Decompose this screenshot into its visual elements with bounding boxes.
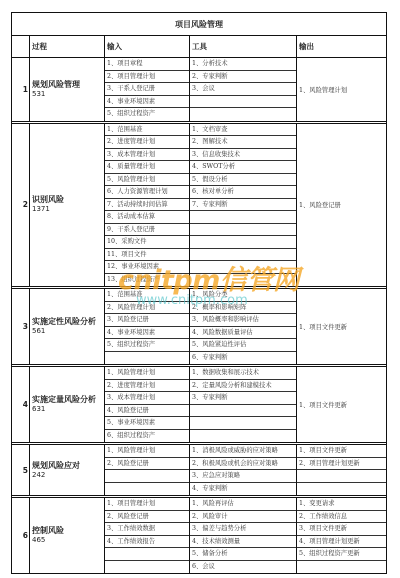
- process-cell: 实施定量风险分析631: [30, 367, 105, 442]
- tool-item: 2、风险审计: [190, 511, 296, 524]
- tool-item: 1、数据收集和展示技术: [190, 367, 296, 380]
- tool-item: [190, 108, 296, 121]
- tool-item: [190, 236, 296, 249]
- input-item: 6、人力资源管理计划: [105, 186, 189, 199]
- tool-item: 1、消极风险或威胁的应对策略: [190, 445, 296, 458]
- tool-item: 4、风险数据质量评估: [190, 327, 296, 340]
- process-name: 规划风险管理: [32, 80, 104, 90]
- output-item: 1、变更请求: [297, 498, 386, 511]
- process-section: 5规划风险应对2421、风险管理计划2、风险登记册1、消极风险或威胁的应对策略2…: [12, 445, 386, 498]
- input-column: 1、项目章程2、项目管理计划3、干系人登记册4、事业环境因素5、组织过程资产: [105, 58, 190, 121]
- header-tool: 工具: [190, 36, 297, 57]
- output-item: 1、风险登记册: [297, 124, 386, 287]
- process-number: 3: [12, 289, 30, 364]
- process-code: 561: [32, 327, 104, 336]
- output-column: 1、项目文件更新: [297, 289, 386, 364]
- tool-column: 1、风险再评估2、风险审计3、偏差与趋势分析4、技术绩效测量5、储备分析6、会议: [190, 498, 297, 573]
- input-item: 1、范围基准: [105, 124, 189, 137]
- input-item: 1、项目管理计划: [105, 498, 189, 511]
- output-item: [297, 470, 386, 483]
- tool-column: 1、数据收集和展示技术2、定量风险分析和建模技术3、专家判断: [190, 367, 297, 442]
- process-code: 465: [32, 536, 104, 545]
- input-column: 1、范围基准2、风险管理计划3、风险登记册4、事业环境因素5、组织过程资产: [105, 289, 190, 364]
- tool-item: 2、定量风险分析和建模技术: [190, 380, 296, 393]
- input-item: 3、工作绩效数据: [105, 523, 189, 536]
- tool-item: 3、专家判断: [190, 392, 296, 405]
- input-item: 2、风险登记册: [105, 458, 189, 471]
- tool-item: 5、储备分析: [190, 548, 296, 561]
- tool-item: [190, 96, 296, 109]
- input-item: 10、采购文件: [105, 236, 189, 249]
- input-item: 4、事业环境因素: [105, 327, 189, 340]
- output-item: 5、组织过程资产更新: [297, 548, 386, 561]
- input-item: 4、事业环境因素: [105, 96, 189, 109]
- tool-item: 7、专家判断: [190, 199, 296, 212]
- tool-item: [190, 430, 296, 443]
- process-cell: 识别风险1371: [30, 124, 105, 287]
- input-item: 7、活动持续时间估算: [105, 199, 189, 212]
- tool-column: 1、风险分类2、概率和影响矩阵3、风险概率和影响评估4、风险数据质量评估5、风险…: [190, 289, 297, 364]
- risk-management-table: 项目风险管理 过程 输入 工具 输出 1规划风险管理5311、项目章程2、项目管…: [11, 12, 387, 574]
- input-item: 2、风险登记册: [105, 511, 189, 524]
- tool-item: 3、会议: [190, 83, 296, 96]
- tool-item: 4、SWOT分析: [190, 161, 296, 174]
- output-item: 1、项目文件更新: [297, 445, 386, 458]
- tool-column: 1、分析技术2、专家判断3、会议: [190, 58, 297, 121]
- header-output: 输出: [297, 36, 386, 57]
- process-code: 242: [32, 471, 104, 480]
- process-section: 4实施定量风险分析6311、风险管理计划2、进度管理计划3、成本管理计划4、风险…: [12, 367, 386, 445]
- tool-item: 3、风险概率和影响评估: [190, 314, 296, 327]
- tool-item: 4、技术绩效测量: [190, 536, 296, 549]
- process-name: 识别风险: [32, 195, 104, 205]
- output-column: 1、变更请求2、工作绩效信息3、项目文件更新4、项目管理计划更新5、组织过程资产…: [297, 498, 386, 573]
- process-section: 6控制风险4651、项目管理计划2、风险登记册3、工作绩效数据4、工作绩效报告1…: [12, 498, 386, 573]
- input-item: 2、项目管理计划: [105, 71, 189, 84]
- input-item: 1、范围基准: [105, 289, 189, 302]
- output-column: 1、项目文件更新2、项目管理计划更新: [297, 445, 386, 495]
- input-column: 1、风险管理计划2、进度管理计划3、成本管理计划4、风险登记册5、事业环境因素6…: [105, 367, 190, 442]
- process-number: 2: [12, 124, 30, 287]
- process-name: 实施定性风险分析: [32, 317, 104, 327]
- tool-column: 1、消极风险或威胁的应对策略2、积极风险或机会的应对策略3、应急应对策略4、专家…: [190, 445, 297, 495]
- tool-item: 2、专家判断: [190, 71, 296, 84]
- input-column: 1、范围基准2、进度管理计划3、成本管理计划4、质量管理计划5、风险管理计划6、…: [105, 124, 190, 287]
- process-section: 3实施定性风险分析5611、范围基准2、风险管理计划3、风险登记册4、事业环境因…: [12, 289, 386, 367]
- input-item: 5、组织过程资产: [105, 339, 189, 352]
- input-item: [105, 548, 189, 561]
- tool-item: 6、核对单分析: [190, 186, 296, 199]
- output-item: [297, 483, 386, 496]
- output-column: 1、风险登记册: [297, 124, 386, 287]
- process-section: 2识别风险13711、范围基准2、进度管理计划3、成本管理计划4、质量管理计划5…: [12, 124, 386, 290]
- tool-item: 2、积极风险或机会的应对策略: [190, 458, 296, 471]
- output-item: 4、项目管理计划更新: [297, 536, 386, 549]
- output-column: 1、项目文件更新: [297, 367, 386, 442]
- input-item: 3、成本管理计划: [105, 149, 189, 162]
- input-item: 2、风险管理计划: [105, 302, 189, 315]
- process-name: 控制风险: [32, 526, 104, 536]
- tool-item: 2、概率和影响矩阵: [190, 302, 296, 315]
- input-item: 2、进度管理计划: [105, 136, 189, 149]
- process-section: 1规划风险管理5311、项目章程2、项目管理计划3、干系人登记册4、事业环境因素…: [12, 58, 386, 124]
- input-item: 12、事业环境因素: [105, 261, 189, 274]
- input-column: 1、风险管理计划2、风险登记册: [105, 445, 190, 495]
- input-item: 4、质量管理计划: [105, 161, 189, 174]
- header-input: 输入: [105, 36, 190, 57]
- tool-item: [190, 417, 296, 430]
- tool-item: [190, 405, 296, 418]
- header-process: 过程: [30, 36, 105, 57]
- input-item: 5、事业环境因素: [105, 417, 189, 430]
- header-number: [12, 36, 30, 57]
- tool-item: 3、应急应对策略: [190, 470, 296, 483]
- process-code: 531: [32, 90, 104, 99]
- input-item: 6、组织过程资产: [105, 430, 189, 443]
- process-number: 1: [12, 58, 30, 121]
- process-name: 实施定量风险分析: [32, 395, 104, 405]
- input-item: [105, 352, 189, 365]
- input-item: 11、项目文件: [105, 249, 189, 262]
- output-item: 2、项目管理计划更新: [297, 458, 386, 471]
- output-item: 1、项目文件更新: [297, 367, 386, 442]
- process-number: 4: [12, 367, 30, 442]
- input-item: 5、组织过程资产: [105, 108, 189, 121]
- tool-item: 2、图解技术: [190, 136, 296, 149]
- input-item: 1、项目章程: [105, 58, 189, 71]
- tool-item: 6、专家判断: [190, 352, 296, 365]
- input-item: 1、风险管理计划: [105, 445, 189, 458]
- process-number: 6: [12, 498, 30, 573]
- tool-item: [190, 249, 296, 262]
- process-cell: 规划风险管理531: [30, 58, 105, 121]
- input-item: 3、干系人登记册: [105, 83, 189, 96]
- process-code: 631: [32, 405, 104, 414]
- output-item: 1、项目文件更新: [297, 289, 386, 364]
- input-column: 1、项目管理计划2、风险登记册3、工作绩效数据4、工作绩效报告: [105, 498, 190, 573]
- input-item: 13、组织过程资产: [105, 274, 189, 287]
- process-cell: 规划风险应对242: [30, 445, 105, 495]
- input-item: 9、干系人登记册: [105, 224, 189, 237]
- tool-item: [190, 274, 296, 287]
- input-item: 1、风险管理计划: [105, 367, 189, 380]
- output-item: [297, 561, 386, 574]
- table-title: 项目风险管理: [12, 13, 386, 36]
- input-item: [105, 470, 189, 483]
- tool-item: 5、风险紧迫性评估: [190, 339, 296, 352]
- sections-container: 1规划风险管理5311、项目章程2、项目管理计划3、干系人登记册4、事业环境因素…: [12, 58, 386, 573]
- process-code: 1371: [32, 205, 104, 214]
- input-item: 3、风险登记册: [105, 314, 189, 327]
- input-item: [105, 561, 189, 574]
- tool-item: [190, 224, 296, 237]
- header-row: 过程 输入 工具 输出: [12, 36, 386, 58]
- input-item: 4、风险登记册: [105, 405, 189, 418]
- tool-item: 4、专家判断: [190, 483, 296, 496]
- process-cell: 控制风险465: [30, 498, 105, 573]
- output-item: 2、工作绩效信息: [297, 511, 386, 524]
- tool-item: 1、文档审查: [190, 124, 296, 137]
- tool-column: 1、文档审查2、图解技术3、信息收集技术4、SWOT分析5、假设分析6、核对单分…: [190, 124, 297, 287]
- process-number: 5: [12, 445, 30, 495]
- output-column: 1、风险管理计划: [297, 58, 386, 121]
- tool-item: 1、分析技术: [190, 58, 296, 71]
- tool-item: 3、偏差与趋势分析: [190, 523, 296, 536]
- tool-item: 5、假设分析: [190, 174, 296, 187]
- process-cell: 实施定性风险分析561: [30, 289, 105, 364]
- input-item: 5、风险管理计划: [105, 174, 189, 187]
- tool-item: 6、会议: [190, 561, 296, 574]
- input-item: 2、进度管理计划: [105, 380, 189, 393]
- tool-item: 1、风险分类: [190, 289, 296, 302]
- tool-item: 1、风险再评估: [190, 498, 296, 511]
- input-item: 3、成本管理计划: [105, 392, 189, 405]
- output-item: 3、项目文件更新: [297, 523, 386, 536]
- input-item: 4、工作绩效报告: [105, 536, 189, 549]
- tool-item: [190, 211, 296, 224]
- tool-item: [190, 261, 296, 274]
- process-name: 规划风险应对: [32, 461, 104, 471]
- input-item: [105, 483, 189, 496]
- input-item: 8、活动成本估算: [105, 211, 189, 224]
- output-item: 1、风险管理计划: [297, 58, 386, 121]
- tool-item: 3、信息收集技术: [190, 149, 296, 162]
